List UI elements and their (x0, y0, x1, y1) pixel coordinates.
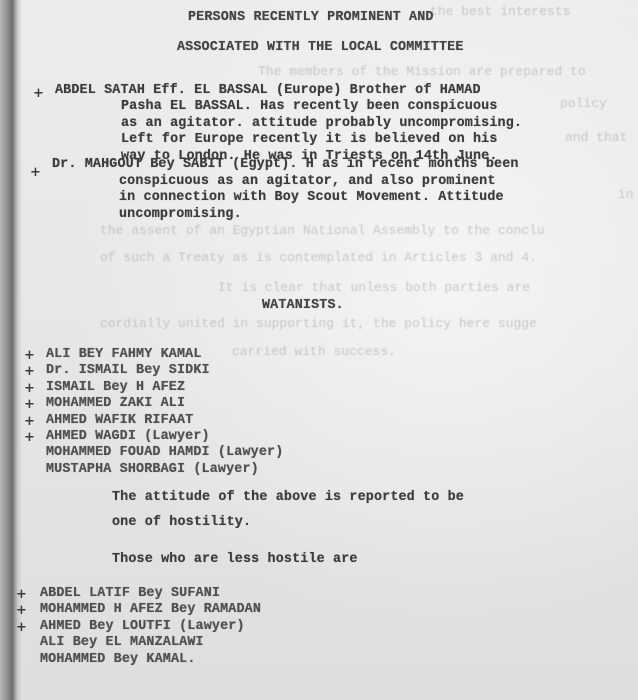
attitude-statement-line-1: The attitude of the above is reported to… (112, 490, 464, 505)
margin-cross-mark: + (24, 381, 35, 396)
margin-cross-mark: + (24, 414, 35, 429)
scanned-page: the best interests The members of the Mi… (0, 0, 638, 700)
margin-cross-mark: + (24, 397, 35, 412)
person-entry-line: Left for Europe recently it is believed … (121, 132, 498, 149)
margin-cross-mark: + (24, 430, 35, 445)
list-item-name: Dr. ISMAIL Bey SIDKI (46, 363, 210, 378)
list-item-name: MOHAMMED Bey KAMAL. (40, 652, 196, 667)
list-item-name: MOHAMMED FOUAD HAMDI (Lawyer) (46, 445, 283, 460)
margin-cross-mark: + (16, 587, 27, 602)
attitude-statement-line-2: one of hostility. (112, 515, 251, 530)
list-item-name: MOHAMMED ZAKI ALI (46, 396, 185, 411)
person-entry-line: Pasha EL BASSAL. Has recently been consp… (121, 99, 498, 116)
list-item-name: AHMED WAGDI (Lawyer) (46, 429, 210, 444)
margin-cross-mark: + (30, 165, 41, 180)
margin-cross-mark: + (24, 348, 35, 363)
margin-cross-mark: + (33, 86, 44, 101)
list-item-name: MUSTAPHA SHORBAGI (Lawyer) (46, 462, 259, 477)
list-item-name: ALI BEY FAHMY KAMAL (46, 347, 202, 362)
less-hostile-intro: Those who are less hostile are (112, 552, 358, 567)
margin-cross-mark: + (24, 364, 35, 379)
list-item-name: AHMED WAFIK RIFAAT (46, 413, 193, 428)
document-heading-line-1: PERSONS RECENTLY PROMINENT AND (188, 10, 434, 25)
list-item-name: ABDEL LATIF Bey SUFANI (40, 586, 220, 601)
person-entry-line: uncompromising. (119, 207, 242, 224)
bleed-through-text: of such a Treaty as is contemplated in A… (100, 250, 537, 265)
margin-cross-mark: + (16, 620, 27, 635)
bleed-through-text: and that (565, 130, 627, 145)
bleed-through-text: cordially united in supporting it, the p… (100, 316, 537, 331)
margin-cross-mark: + (16, 603, 27, 618)
bleed-through-text: in (618, 187, 634, 202)
section-heading-watanists: WATANISTS. (262, 298, 344, 313)
list-item-name: AHMED Bey LOUTFI (Lawyer) (40, 619, 245, 634)
bleed-through-text: The members of the Mission are prepared … (258, 64, 586, 79)
bleed-through-text: the assent of an Egyptian National Assem… (100, 223, 545, 238)
person-entry-line: Dr. MAHGOUT Bey SABIT (Egypt). H as in r… (52, 157, 519, 174)
person-entry-line: as an agitator. attitude probably uncomp… (121, 116, 522, 133)
bleed-through-text: policy (560, 96, 607, 111)
bleed-through-text: It is clear that unless both parties are (218, 280, 530, 295)
person-entry-line: conspicuous as an agitator, and also pro… (119, 174, 496, 191)
document-heading-line-2: ASSOCIATED WITH THE LOCAL COMMITTEE (177, 40, 464, 55)
person-entry-line: in connection with Boy Scout Movement. A… (119, 190, 504, 207)
list-item-name: MOHAMMED H AFEZ Bey RAMADAN (40, 602, 261, 617)
list-item-name: ALI Bey EL MANZALAWI (40, 635, 204, 650)
person-entry-line: ABDEL SATAH Eff. EL BASSAL (Europe) Brot… (55, 83, 481, 100)
bleed-through-text: carried with success. (232, 344, 396, 359)
list-item-name: ISMAIL Bey H AFEZ (46, 380, 185, 395)
bleed-through-text: the best interests (430, 4, 570, 19)
